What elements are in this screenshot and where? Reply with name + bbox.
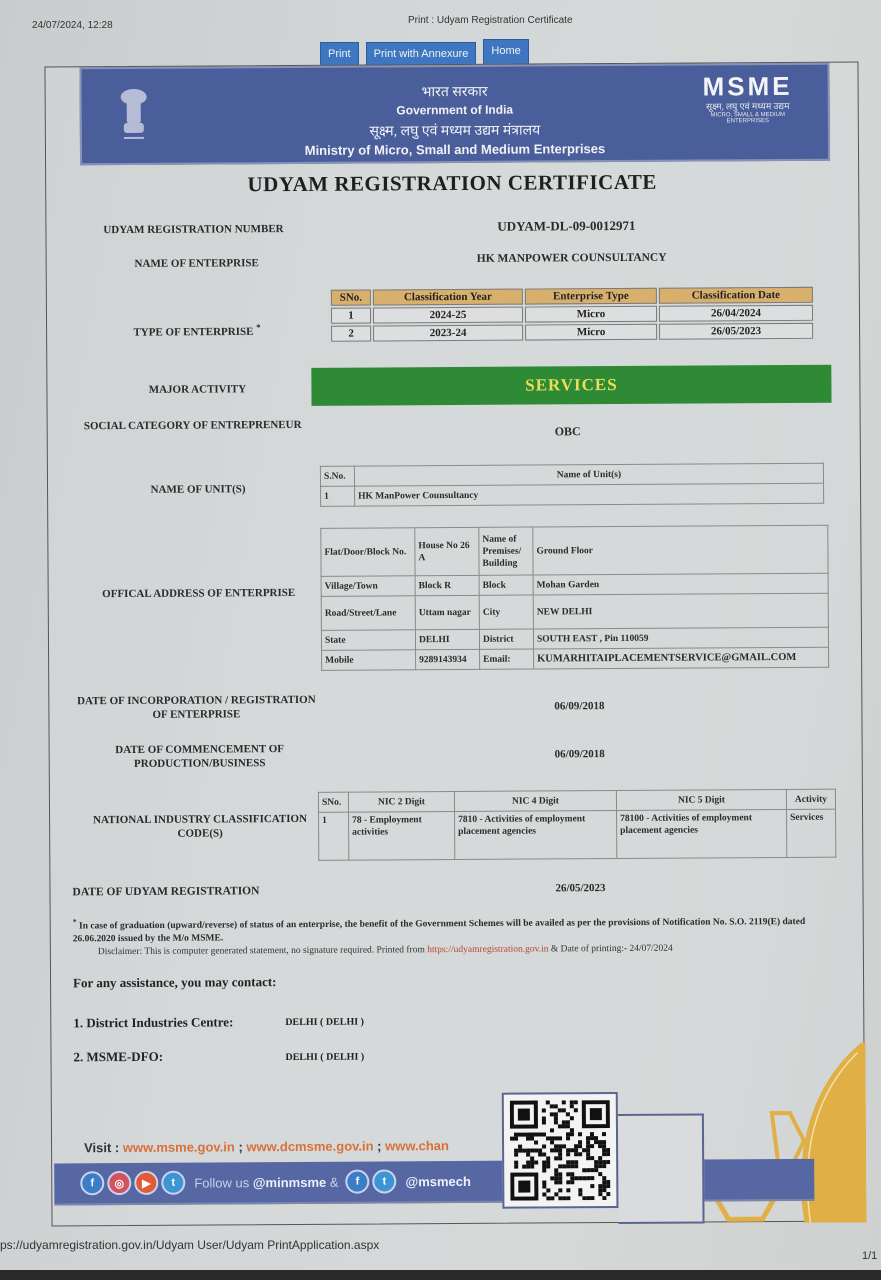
qr-code: [502, 1092, 619, 1209]
govt-banner: भारत सरकार Government of India सूक्ष्म, …: [79, 63, 830, 166]
table-cell: Services: [787, 809, 836, 857]
asterisk: *: [256, 322, 261, 332]
toolbar: Print Print with Annexure Home: [320, 42, 529, 66]
graduation-note-text: In case of graduation (upward/reverse) o…: [73, 917, 805, 944]
table-cell: 1: [331, 308, 371, 324]
units-label: NAME OF UNIT(S): [78, 482, 318, 497]
address-label-cell: Mobile: [322, 650, 416, 671]
enterprise-name: HK MANPOWER COUNSULTANCY: [427, 251, 717, 265]
commencement-date: 06/09/2018: [530, 748, 630, 761]
msme-site-link[interactable]: www.msme.gov.in: [123, 1139, 235, 1155]
address-label-cell: Road/Street/Lane: [321, 596, 415, 631]
table-cell: 26/05/2023: [659, 323, 813, 340]
visit-links: Visit : www.msme.gov.in ; www.dcmsme.gov…: [84, 1138, 449, 1155]
table-cell: 1: [319, 812, 349, 860]
address-label-cell: Flat/Door/Block No.: [321, 528, 415, 577]
table-header: Classification Year: [373, 289, 523, 306]
contact-label-dfo: 2. MSME-DFO:: [73, 1049, 163, 1066]
msme-logo-hindi: सूक्ष्म, लघु एवं मध्यम उद्यम: [692, 99, 804, 113]
page-count: 1/1: [862, 1250, 877, 1262]
table-header-row: SNo. Classification Year Enterprise Type…: [331, 287, 813, 306]
commencement-label: DATE OF COMMENCEMENT OF PRODUCTION/BUSIN…: [80, 742, 320, 771]
table-header: Enterprise Type: [525, 288, 657, 305]
table-cell: 2023-24: [373, 325, 523, 342]
msme-logo-word: MSME: [692, 73, 804, 100]
address-label-cell: Email:: [480, 649, 534, 669]
table-header: SNo.: [318, 792, 348, 812]
address-label-cell: District: [479, 629, 533, 649]
table-cell: 78100 - Activities of employment placeme…: [617, 809, 787, 858]
address-value-cell: DELHI: [415, 629, 479, 649]
table-cell: 78 - Employment activities: [349, 812, 455, 861]
print-page-title: Print : Udyam Registration Certificate: [408, 15, 573, 26]
table-header: S.No.: [320, 466, 354, 486]
address-label-cell: Block: [479, 575, 533, 595]
udyam-date-label: DATE OF UDYAM REGISTRATION: [72, 884, 302, 899]
facebook-icon[interactable]: f: [80, 1171, 104, 1195]
table-row: 1 2024-25 Micro 26/04/2024: [331, 305, 813, 324]
print-button[interactable]: Print: [320, 42, 359, 66]
instagram-icon[interactable]: ◎: [107, 1171, 131, 1195]
table-cell: Micro: [525, 324, 657, 341]
address-value-cell: NEW DELHI: [533, 593, 828, 629]
facebook-icon[interactable]: f: [345, 1170, 369, 1194]
table-cell: 2: [331, 326, 371, 342]
social-category: OBC: [528, 424, 608, 439]
assistance-heading: For any assistance, you may contact:: [73, 974, 277, 991]
table-cell: 2024-25: [373, 307, 523, 324]
twitter-icon[interactable]: t: [161, 1171, 185, 1195]
major-activity-label: MAJOR ACTIVITY: [77, 382, 317, 397]
address-value-cell: Ground Floor: [533, 525, 828, 575]
qr-frame: [618, 1113, 705, 1224]
table-cell: HK ManPower Counsultancy: [355, 483, 824, 506]
address-label: OFFICAL ADDRESS OF ENTERPRISE: [79, 586, 319, 601]
follow-prefix: Follow us: [194, 1175, 249, 1190]
social-category-label: SOCIAL CATEGORY OF ENTREPRENEUR: [78, 418, 308, 433]
enterprise-name-label: NAME OF ENTERPRISE: [77, 256, 317, 271]
address-label-cell: Village/Town: [321, 576, 415, 597]
table-cell: Micro: [525, 306, 657, 323]
table-row: 1 78 - Employment activities 7810 - Acti…: [319, 809, 836, 860]
udyam-date: 26/05/2023: [530, 882, 630, 895]
table-header: NIC 4 Digit: [454, 791, 616, 812]
address-label-cell: State: [321, 630, 415, 651]
disclaimer: Disclaimer: This is computer generated s…: [98, 944, 673, 958]
address-value-cell: Block R: [415, 575, 479, 595]
contact-label-dic: 1. District Industries Centre:: [73, 1014, 233, 1031]
units-table: S.No. Name of Unit(s) 1 HK ManPower Coun…: [320, 463, 824, 507]
table-row: Flat/Door/Block No. House No 26 A Name o…: [321, 525, 828, 576]
nic-table: SNo. NIC 2 Digit NIC 4 Digit NIC 5 Digit…: [318, 789, 836, 861]
table-header: Classification Date: [659, 287, 813, 304]
certificate-title: UDYAM REGISTRATION CERTIFICATE: [46, 169, 858, 199]
certificate: भारत सरकार Government of India सूक्ष्म, …: [44, 62, 865, 1227]
address-table: Flat/Door/Block No. House No 26 A Name o…: [320, 525, 829, 671]
table-cell: 1: [321, 486, 355, 506]
enterprise-type-label-text: TYPE OF ENTERPRISE: [133, 326, 253, 339]
address-value-cell: 9289143934: [416, 649, 480, 669]
table-header: NIC 5 Digit: [616, 789, 786, 810]
handle-minmsme: @minmsme: [253, 1174, 326, 1189]
qr-code-icon: [510, 1100, 611, 1201]
table-row: 1 HK ManPower Counsultancy: [321, 483, 824, 506]
msme-logo: MSME सूक्ष्म, लघु एवं मध्यम उद्यम MICRO,…: [692, 73, 804, 125]
address-label-cell: City: [479, 595, 533, 629]
major-activity-value: SERVICES: [311, 365, 831, 406]
address-value-cell: House No 26 A: [415, 527, 479, 575]
udyam-portal-link[interactable]: https://udyamregistration.gov.in: [427, 944, 548, 955]
registration-number: UDYAM-DL-09-0012971: [466, 218, 666, 235]
print-timestamp: 24/07/2024, 12:28: [32, 20, 113, 31]
handle-msmech: @msmech: [405, 1173, 471, 1188]
address-label-cell: Name of Premises/ Building: [479, 527, 533, 575]
home-button[interactable]: Home: [483, 39, 528, 66]
enterprise-type-label: TYPE OF ENTERPRISE *: [77, 320, 317, 340]
graduation-note: * In case of graduation (upward/reverse)…: [73, 911, 843, 947]
contact-value-dfo: DELHI ( DELHI ): [285, 1052, 364, 1063]
incorporation-label: DATE OF INCORPORATION / REGISTRATION OF …: [71, 693, 321, 723]
classification-table: SNo. Classification Year Enterprise Type…: [329, 285, 815, 344]
disclaimer-date: & Date of printing:- 24/07/2024: [551, 944, 673, 955]
table-header: NIC 2 Digit: [348, 792, 454, 813]
msme-logo-sub: MICRO, SMALL & MEDIUM ENTERPRISES: [692, 112, 804, 125]
disclaimer-text: Disclaimer: This is computer generated s…: [98, 945, 425, 957]
follow-text: Follow us @minmsme &: [194, 1174, 338, 1190]
ampersand: &: [330, 1174, 339, 1189]
screen-edge: [0, 1270, 881, 1280]
address-value-cell: Uttam nagar: [415, 595, 479, 629]
asterisk: *: [73, 917, 77, 926]
youtube-icon[interactable]: ▶: [134, 1171, 158, 1195]
follow-text-2: @msmech: [405, 1173, 471, 1188]
address-value-cell: SOUTH EAST , Pin 110059: [533, 627, 828, 649]
table-header: Activity: [786, 789, 835, 809]
banner-ministry: Ministry of Micro, Small and Medium Ente…: [82, 140, 828, 160]
table-row: Mobile 9289143934 Email: KUMARHITAIPLACE…: [322, 647, 829, 670]
incorporation-date: 06/09/2018: [529, 700, 629, 713]
twitter-icon[interactable]: t: [372, 1169, 396, 1193]
champions-site-link[interactable]: www.chan: [385, 1138, 449, 1153]
nic-label: NATIONAL INDUSTRY CLASSIFICATION CODE(S): [80, 812, 320, 841]
table-row: Road/Street/Lane Uttam nagar City NEW DE…: [321, 593, 828, 630]
print-url: ps://udyamregistration.gov.in/Udyam User…: [0, 1238, 379, 1252]
registration-number-label: UDYAM REGISTRATION NUMBER: [68, 222, 318, 238]
table-row: 2 2023-24 Micro 26/05/2023: [331, 323, 813, 342]
contact-value-dic: DELHI ( DELHI ): [285, 1017, 364, 1028]
address-value-cell: KUMARHITAIPLACEMENTSERVICE@GMAIL.COM: [534, 647, 829, 669]
print-with-annexure-button[interactable]: Print with Annexure: [366, 42, 477, 66]
dcmsme-site-link[interactable]: www.dcmsme.gov.in: [246, 1139, 373, 1155]
visit-label: Visit :: [84, 1140, 119, 1155]
table-cell: 7810 - Activities of employment placemen…: [455, 811, 617, 860]
table-cell: 26/04/2024: [659, 305, 813, 322]
table-header: SNo.: [331, 290, 371, 306]
address-value-cell: Mohan Garden: [533, 573, 828, 595]
